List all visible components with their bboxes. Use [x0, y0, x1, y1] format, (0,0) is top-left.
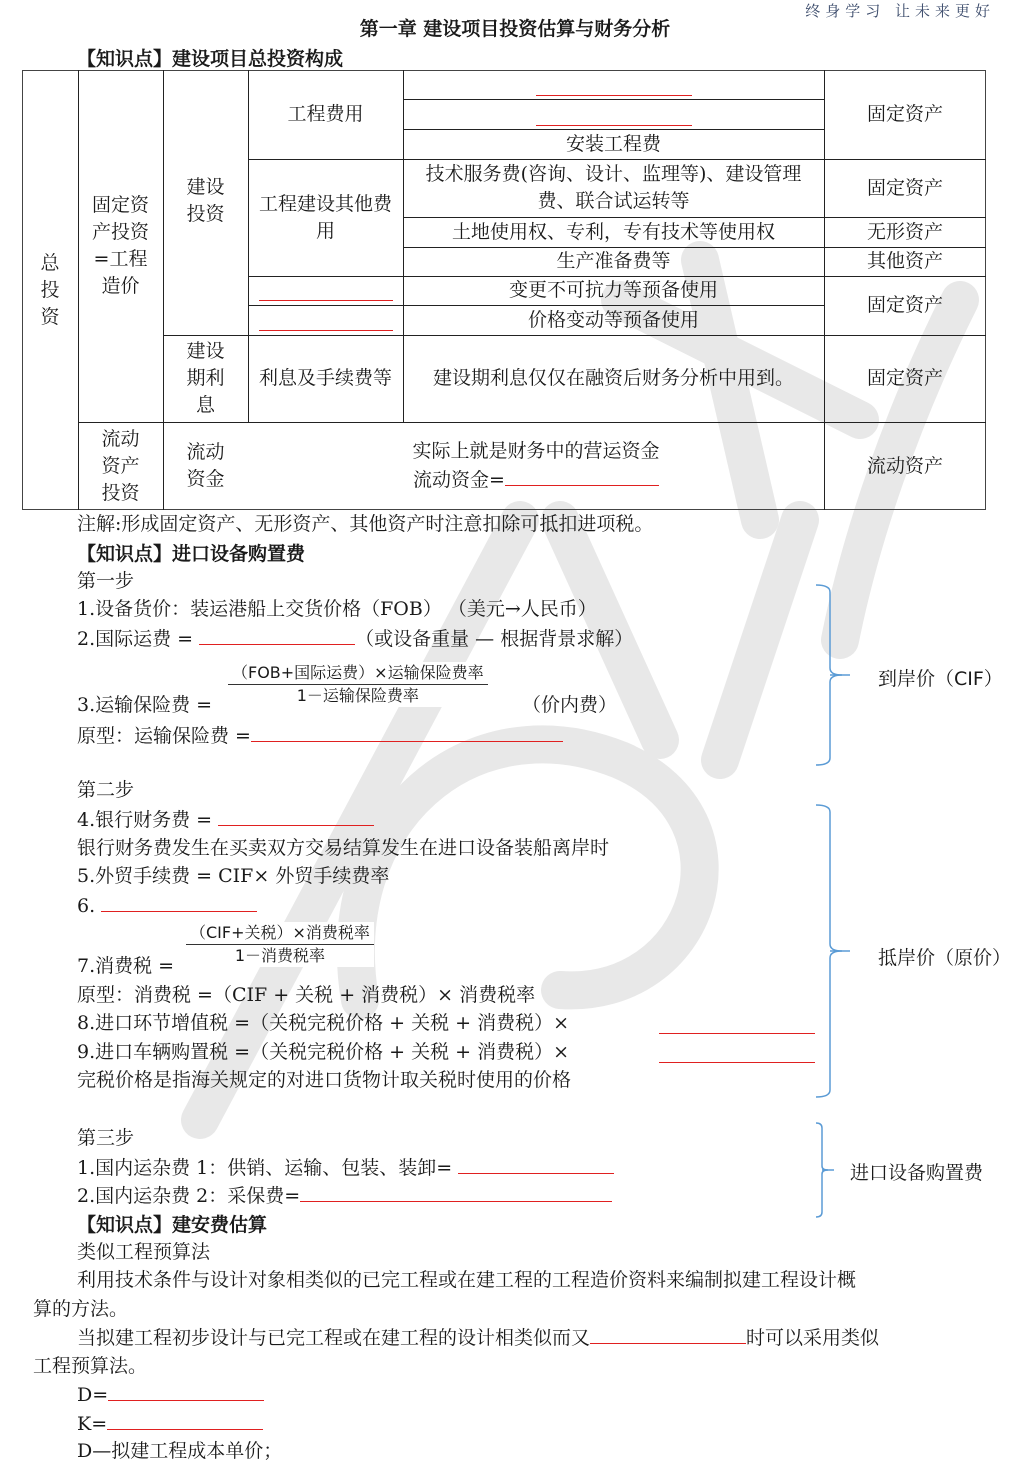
step2-line9: 完税价格是指海关规定的对进口货物计取关税时使用的价格 [77, 1066, 571, 1094]
chapter-title: 第一章 建设项目投资估算与财务分析 [0, 14, 1023, 41]
method-title: 类似工程预算法 [77, 1238, 210, 1266]
basic-reserve: 变更不可抗力等预备使用 [403, 276, 824, 305]
para2-line1: 当拟建工程初步设计与已完工程或在建工程的设计相类似而又时可以采用类似 [77, 1323, 879, 1352]
k-formula: K= [77, 1409, 263, 1438]
section-heading-investment-composition: 【知识点】建设项目总投资构成 [77, 44, 343, 71]
step2-line4: 6. [77, 891, 257, 920]
section-heading-construction-cost: 【知识点】建安费估算 [77, 1210, 267, 1237]
step2-title: 第二步 [77, 776, 134, 804]
landed-cost-label: 抵岸价（原价） [878, 943, 1011, 970]
bank-fee-blank[interactable] [218, 805, 374, 826]
step1-line3-prefix: 3.运输保险费 = [77, 691, 212, 719]
domestic-freight-2-label: 2.国内运杂费 2：采保费= [77, 1185, 300, 1207]
para1-line2: 算的方法。 [33, 1295, 128, 1323]
consumption-tax-denominator: 1－消费税率 [186, 945, 374, 967]
working-capital-desc-cell: 实际上就是财务中的营运资金 流动资金= [248, 422, 824, 510]
k-label: K= [77, 1413, 107, 1435]
insurance-prototype-blank[interactable] [251, 721, 563, 742]
step2-line8: 9.进口车辆购置税 =（关税完税价格 + 关税 + 消费税）× [77, 1038, 569, 1066]
step2-line3: 5.外贸手续费 = CIF× 外贸手续费率 [77, 862, 389, 890]
step2-line1: 4.银行财务费 = [77, 805, 374, 834]
reserve-blank-2[interactable] [259, 330, 393, 331]
vehicle-tax-rate-blank[interactable] [659, 1062, 815, 1063]
d-label: D= [77, 1384, 108, 1406]
asset-type-interest: 固定资产 [824, 335, 986, 422]
intl-freight-label: 2.国际运费 = [77, 628, 199, 650]
construction-investment-label: 建设投资 [163, 70, 248, 335]
intl-freight-blank[interactable] [199, 624, 355, 645]
investment-composition-table: 总投资 固定资产投资=工程造价 流动资产投资 建设投资 建设期利息 流动资金 工… [22, 70, 986, 510]
working-capital-formula: 流动资金= [413, 469, 505, 491]
brace-purchase-cost-icon [812, 1122, 842, 1218]
price-reserve: 价格变动等预备使用 [403, 305, 824, 335]
item6-blank[interactable] [101, 891, 257, 912]
insurance-prototype-label: 原型：运输保险费 = [77, 725, 251, 747]
consumption-tax-numerator: （CIF+关税）×消费税率 [186, 922, 374, 945]
asset-type-reserve: 固定资产 [824, 276, 986, 335]
other-cost-label: 工程建设其他费用 [248, 159, 403, 276]
asset-type-tech-service: 固定资产 [824, 159, 986, 217]
domestic-freight-1-label: 1.国内运杂费 1：供销、运输、包装、装卸= [77, 1157, 458, 1179]
domestic-freight-2-blank[interactable] [300, 1181, 612, 1202]
engineering-cost-label: 工程费用 [248, 70, 403, 159]
step1-line2: 2.国际运费 = （或设备重量 — 根据背景求解） [77, 624, 633, 653]
k-blank[interactable] [107, 1409, 263, 1430]
step2-line2: 银行财务费发生在买卖双方交易结算发生在进口设备装船离岸时 [77, 834, 609, 862]
brace-cif-icon [812, 584, 852, 766]
d-definition: D—拟建工程成本单价； [77, 1437, 282, 1465]
engineering-cost-blank-2[interactable] [536, 125, 692, 126]
consumption-tax-fraction: （CIF+关税）×消费税率 1－消费税率 [186, 922, 374, 967]
current-asset-investment-label: 流动资产投资 [78, 422, 163, 510]
brace-landed-cost-icon [812, 804, 852, 1098]
step2-line6: 原型：消费税 =（CIF + 关税 + 消费税）× 消费税率 [77, 981, 535, 1009]
engineering-cost-blank-1[interactable] [536, 95, 692, 96]
table-note: 注解:形成固定资产、无形资产、其他资产时注意扣除可抵扣进项税。 [77, 510, 653, 538]
intl-freight-note: （或设备重量 — 根据背景求解） [355, 628, 633, 650]
land-use-rights: 土地使用权、专利，专有技术等使用权 [403, 217, 824, 247]
step2-line7: 8.进口环节增值税 =（关税完税价格 + 关税 + 消费税）× [77, 1009, 569, 1037]
asset-type-land: 无形资产 [824, 217, 986, 247]
reserve-blank-1[interactable] [259, 300, 393, 301]
fixed-asset-investment-label: 固定资产投资=工程造价 [78, 70, 163, 422]
d-formula: D= [77, 1380, 264, 1409]
similarity-condition-blank[interactable] [590, 1323, 746, 1344]
insurance-numerator: （FOB+国际运费）×运输保险费率 [228, 662, 488, 685]
asset-type-prep: 其他资产 [824, 247, 986, 276]
step1-line3-suffix: （价内费） [522, 691, 617, 719]
cif-label: 到岸价（CIF） [878, 664, 1003, 691]
working-capital-label: 流动资金 [163, 422, 248, 510]
step2-line5-prefix: 7.消费税 = [77, 952, 174, 980]
insurance-fraction: （FOB+国际运费）×运输保险费率 1－运输保险费率 [228, 662, 488, 707]
para1-line1: 利用技术条件与设计对象相类似的已完工程或在建工程的工程造价资料来编制拟建工程设计… [77, 1266, 856, 1294]
para2-line2: 工程预算法。 [33, 1352, 147, 1380]
asset-type-engineering: 固定资产 [824, 70, 986, 159]
interest-name: 利息及手续费等 [248, 335, 403, 422]
step3-line1: 1.国内运杂费 1：供销、运输、包装、装卸= [77, 1153, 614, 1182]
vat-rate-blank[interactable] [659, 1033, 815, 1034]
d-blank[interactable] [108, 1380, 264, 1401]
step1-line1: 1.设备货价：装运港船上交货价格（FOB） （美元→人民币） [77, 595, 597, 623]
purchase-cost-label: 进口设备购置费 [850, 1158, 983, 1185]
item6-label: 6. [77, 895, 101, 917]
working-capital-formula-row: 流动资金= [413, 465, 659, 494]
installation-cost: 安装工程费 [403, 129, 824, 159]
production-prep-cost: 生产准备费等 [403, 247, 824, 276]
tech-service-cost: 技术服务费(咨询、设计、监理等)、建设管理费、联合试运转等 [403, 159, 824, 217]
para2-suffix: 时可以采用类似 [746, 1327, 879, 1349]
interest-desc: 建设期利息仅仅在融资后财务分析中用到。 [403, 335, 824, 422]
working-capital-desc: 实际上就是财务中的营运资金 [412, 438, 659, 465]
step1-title: 第一步 [77, 567, 134, 595]
bank-fee-label: 4.银行财务费 = [77, 809, 218, 831]
asset-type-working-capital: 流动资产 [824, 422, 986, 510]
para2-prefix: 当拟建工程初步设计与已完工程或在建工程的设计相类似而又 [77, 1327, 590, 1349]
step3-line2: 2.国内运杂费 2：采保费= [77, 1181, 612, 1210]
working-capital-blank[interactable] [505, 465, 659, 486]
step3-title: 第三步 [77, 1124, 134, 1152]
step1-line4: 原型：运输保险费 = [77, 721, 563, 750]
domestic-freight-1-blank[interactable] [458, 1153, 614, 1174]
construction-interest-label: 建设期利息 [163, 335, 248, 422]
section-heading-imported-equipment: 【知识点】进口设备购置费 [77, 539, 305, 566]
total-investment-label: 总投资 [22, 70, 78, 510]
insurance-denominator: 1－运输保险费率 [228, 685, 488, 707]
